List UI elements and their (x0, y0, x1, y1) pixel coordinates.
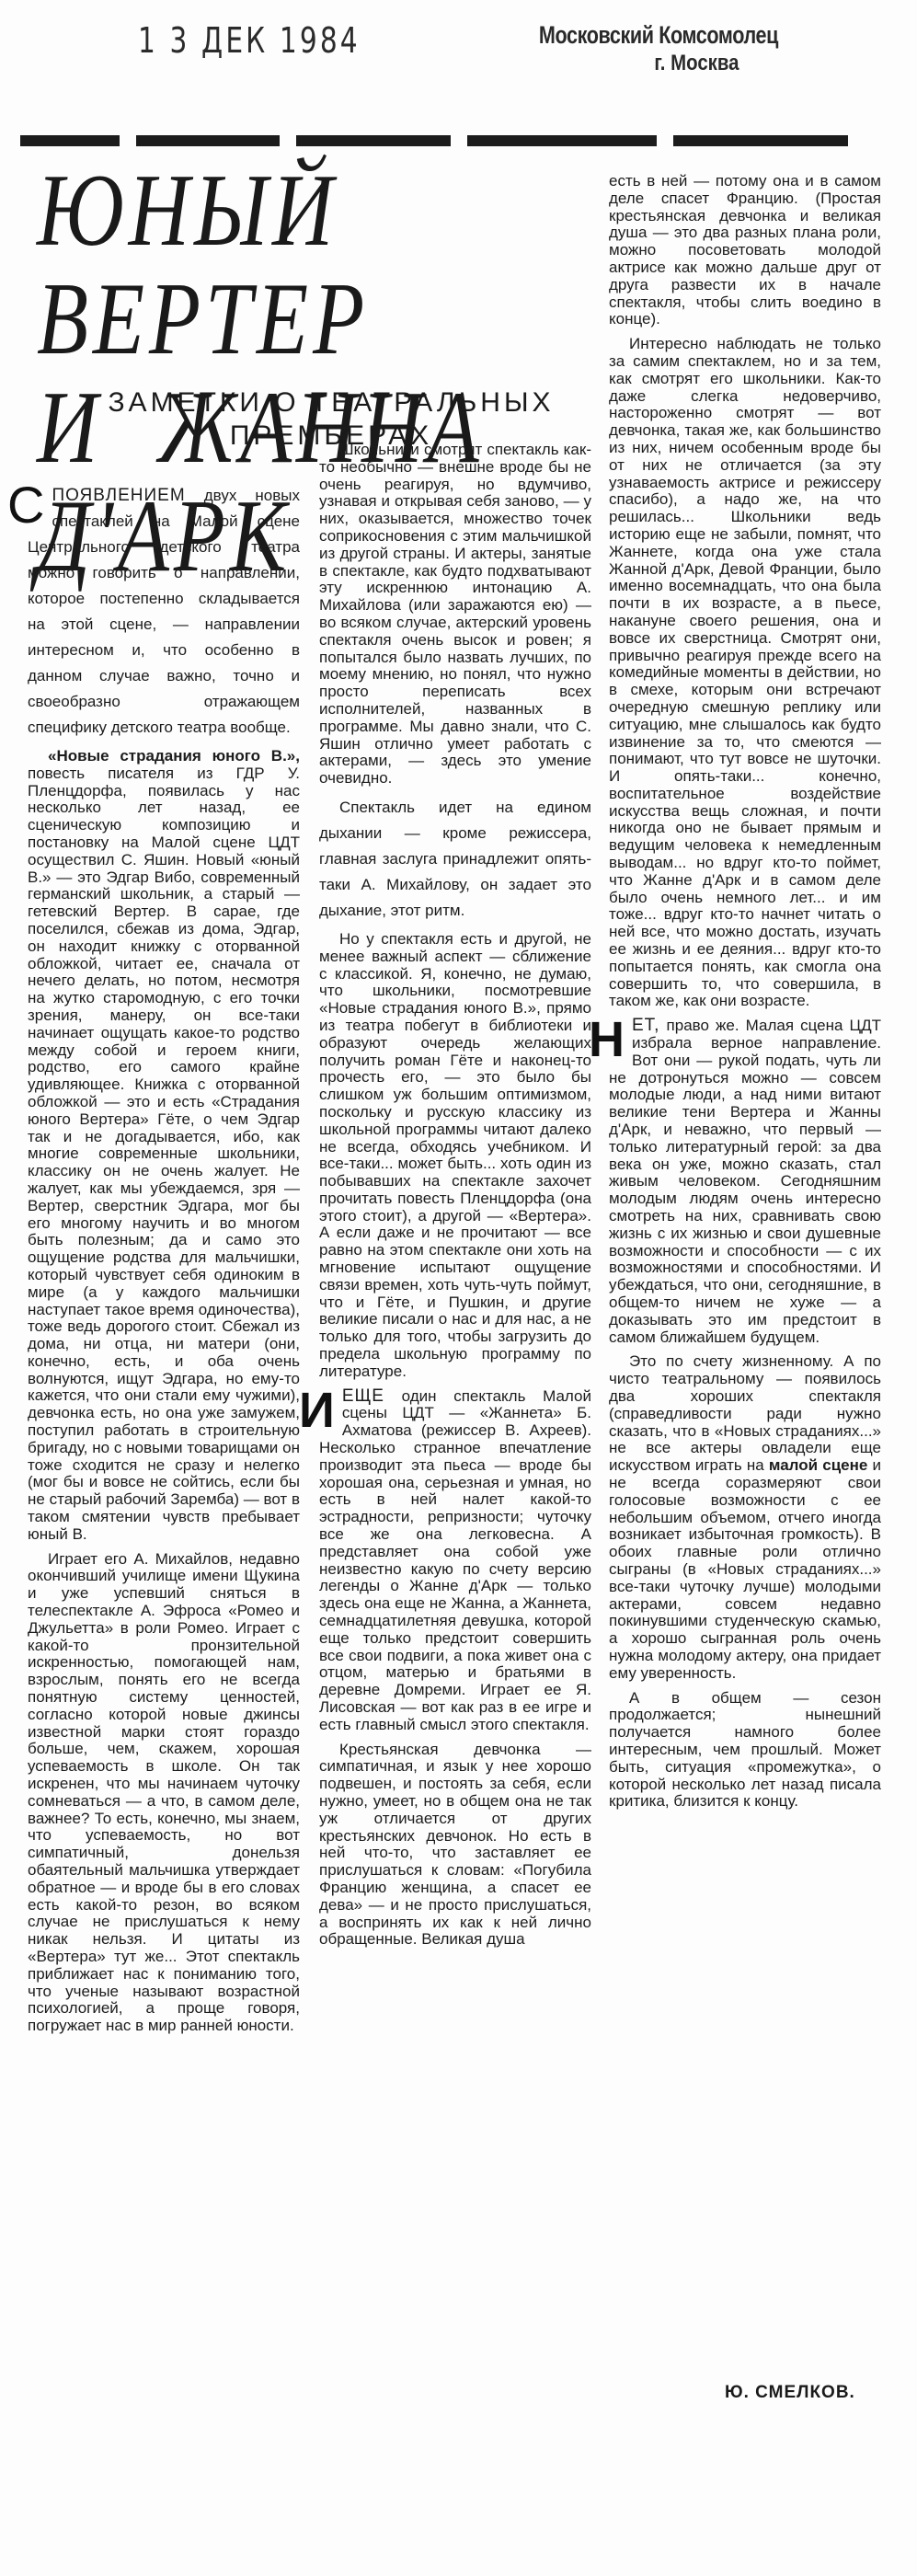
article-column-3: есть в ней — потому она и в самом деле с… (609, 173, 881, 1818)
play-title: «Новые страдания юного В.», (48, 747, 300, 765)
dropcap: Н (589, 1018, 625, 1060)
rule-segment (20, 135, 120, 146)
paragraph: Играет его А. Михайлов, недавно окончивш… (28, 1551, 300, 2035)
paragraph: СПОЯВЛЕНИЕМ двух новых спектаклей на Мал… (28, 483, 300, 741)
rule-segment (296, 135, 451, 146)
paragraph: Интересно наблюдать не только за самим с… (609, 336, 881, 1010)
lead-caps: ЕЩЕ (342, 1386, 384, 1406)
rule-segment (136, 135, 280, 146)
article-column-1: СПОЯВЛЕНИЕМ двух новых спектаклей на Мал… (28, 483, 300, 2042)
paragraph: есть в ней — потому она и в самом деле с… (609, 173, 881, 328)
dropcap: И (299, 1388, 335, 1431)
paragraph: Крестьянская девчонка — симпатичная, и я… (319, 1742, 591, 1949)
lead-caps: ПОЯВЛЕНИЕМ (52, 486, 185, 505)
paragraph-text: право же. Малая сцена ЦДТ избрала верное… (609, 1017, 881, 1345)
paragraph-text: один спектакль Малой сцены ЦДТ — «Жаннет… (319, 1387, 591, 1733)
paragraph: ИЕЩЕ один спектакль Малой сцены ЦДТ — «Ж… (319, 1388, 591, 1734)
date-stamp: 1 3 ДЕК 1984 (138, 20, 361, 61)
dropcap: С (7, 483, 44, 525)
paragraph: Спектакль идет на едином дыхании — кроме… (319, 795, 591, 924)
paragraph-text: и не всегда соразмеряют свои голосовые в… (609, 1456, 881, 1682)
article-column-2: Школьники смотрят спектакль как-то необы… (319, 442, 591, 1956)
source-paper-name: Московский Комсомолец (537, 22, 778, 50)
paragraph: А в общем — сезон продолжается; нынешний… (609, 1690, 881, 1811)
paragraph: Школьники смотрят спектакль как-то необы… (319, 442, 591, 788)
paragraph: НЕТ, право же. Малая сцена ЦДТ избрала в… (609, 1018, 881, 1346)
bold-phrase: малой сцене (769, 1456, 867, 1474)
rule-segment (467, 135, 657, 146)
subheadline-line-1: ЗАМЕТКИ О ТЕАТРАЛЬНЫХ (92, 386, 570, 420)
paragraph-text: двух новых спектаклей на Малой сцене Цен… (28, 487, 300, 736)
paragraph: Это по счету жизненному. А по чисто теат… (609, 1353, 881, 1682)
source-stamp: Московский Комсомолец г. Москва (476, 22, 778, 75)
source-city: г. Москва (522, 52, 778, 75)
paragraph: Но у спектакля есть и другой, не менее в… (319, 931, 591, 1381)
header-rule (20, 135, 871, 148)
headline-line-1: ЮНЫЙ ВЕРТЕР (37, 156, 497, 374)
paragraph-text: повесть писателя из ГДР У. Пленцдорфа, п… (28, 765, 300, 1543)
lead-caps: ЕТ, (632, 1016, 659, 1035)
author-signature: Ю. СМЕЛКОВ. (725, 2383, 855, 2403)
rule-segment (673, 135, 848, 146)
paragraph: «Новые страдания юного В.», повесть писа… (28, 748, 300, 1544)
